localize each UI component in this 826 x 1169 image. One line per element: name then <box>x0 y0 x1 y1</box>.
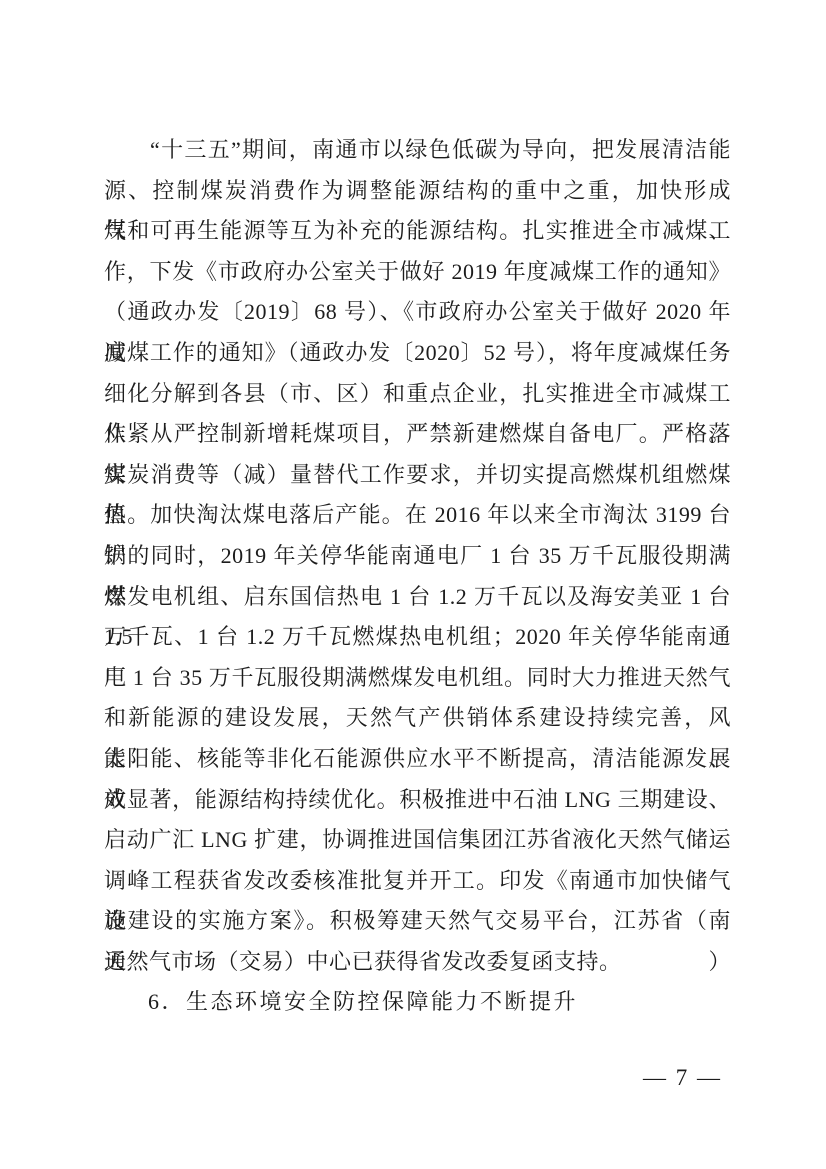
paragraph-line: 炉的同时，2019 年关停华能南通电厂 1 台 35 万千瓦服役期满燃 <box>104 536 731 577</box>
paragraph-line: 煤炭消费等（减）量替代工作要求，并切实提高燃煤机组燃煤热 <box>104 455 731 496</box>
paragraph-line: 作，下发《市政府办公室关于做好 2019 年度减煤工作的通知》 <box>104 252 731 293</box>
paragraph-line: 从紧从严控制新增耗煤项目，严禁新建燃煤自备电厂。严格落实 <box>104 414 731 455</box>
paragraph-line: 施建设的实施方案》。积极筹建天然气交易平台，江苏省（南通） <box>104 901 731 942</box>
document-page: “十三五”期间，南通市以绿色低碳为导向，把发展清洁能 源、控制煤炭消费作为调整能… <box>0 0 826 1169</box>
paragraph-line: 减煤工作的通知》（通政办发〔2020〕52 号），将年度减煤任务 <box>104 333 731 374</box>
paragraph-line: （通政办发〔2019〕68 号）、《市政府办公室关于做好 2020 年度 <box>104 292 731 333</box>
section-heading: 6．生态环境安全防控保障能力不断提升 <box>104 982 731 1023</box>
paragraph-line: 效显著，能源结构持续优化。积极推进中石油 LNG 三期建设、 <box>104 780 731 821</box>
paragraph-line: 和新能源的建设发展，天然气产供销体系建设持续完善，风能、 <box>104 698 731 739</box>
paragraph-line: 万千瓦、1 台 1.2 万千瓦燃煤热电机组；2020 年关停华能南通电 <box>104 617 731 658</box>
paragraph-line: 源、控制煤炭消费作为调整能源结构的重中之重，加快形成煤、 <box>104 171 731 212</box>
paragraph-line: 气和可再生能源等互为补充的能源结构。扎实推进全市减煤工 <box>104 211 731 252</box>
paragraph-line: 调峰工程获省发改委核准批复并开工。印发《南通市加快储气设 <box>104 861 731 902</box>
paragraph-line: 太阳能、核能等非化石能源供应水平不断提高，清洁能源发展成 <box>104 739 731 780</box>
paragraph-line: 厂 1 台 35 万千瓦服役期满燃煤发电机组。同时大力推进天然气 <box>104 658 731 699</box>
paragraph-line: 启动广汇 LNG 扩建，协调推进国信集团江苏省液化天然气储运 <box>104 820 731 861</box>
paragraph-line: 值。加快淘汰煤电落后产能。在 2016 年以来全市淘汰 3199 台锅 <box>104 495 731 536</box>
paragraph-line: 细化分解到各县（市、区）和重点企业，扎实推进全市减煤工作。 <box>104 374 731 415</box>
page-number: — 7 — <box>104 1060 722 1096</box>
body-text-block: “十三五”期间，南通市以绿色低碳为导向，把发展清洁能 源、控制煤炭消费作为调整能… <box>104 130 731 1023</box>
paragraph-line: 煤发电机组、启东国信热电 1 台 1.2 万千瓦以及海安美亚 1 台 1.5 <box>104 577 731 618</box>
paragraph-line: “十三五”期间，南通市以绿色低碳为导向，把发展清洁能 <box>104 130 731 171</box>
